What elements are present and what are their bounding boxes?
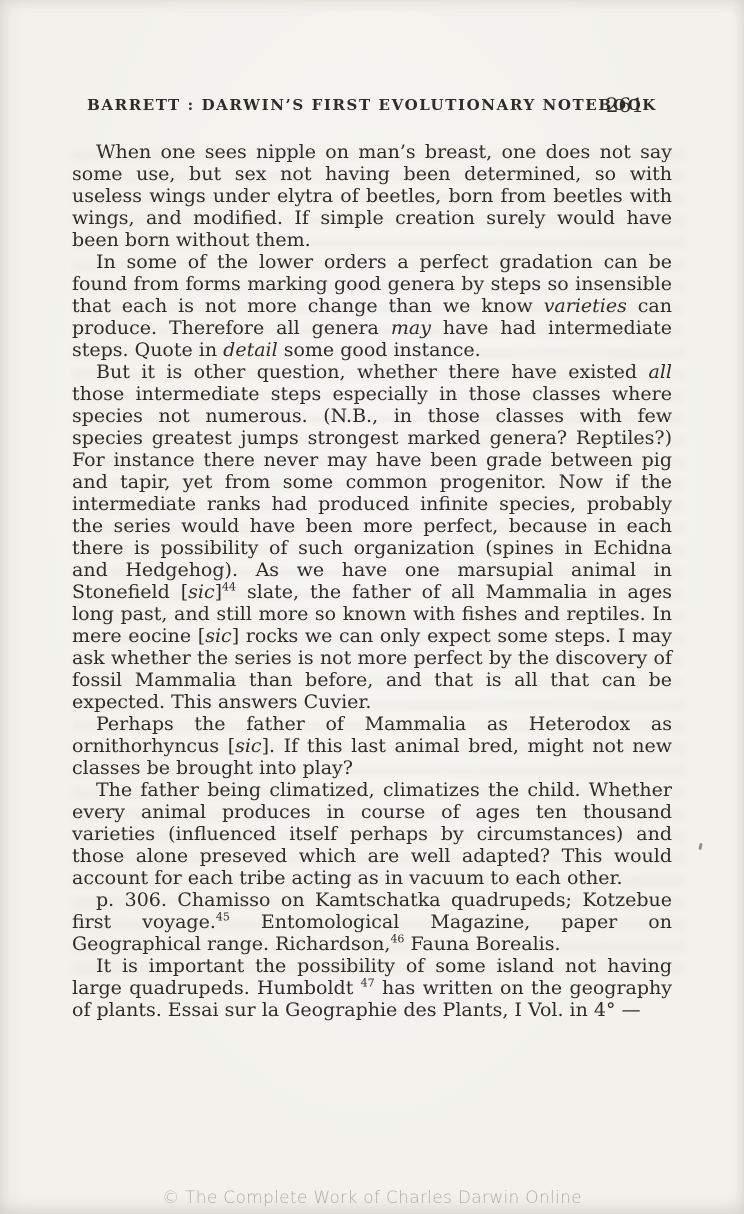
paragraph: Perhaps the father of Mammalia as Hetero…: [72, 713, 672, 779]
scanned-book-page: BARRETT : DARWIN’S FIRST EVOLUTIONARY NO…: [0, 0, 744, 1214]
text-block: When one sees nipple on man’s breast, on…: [72, 141, 672, 1021]
watermark: © The Complete Work of Charles Darwin On…: [0, 1188, 744, 1208]
paragraph: When one sees nipple on man’s breast, on…: [72, 141, 672, 251]
scan-artifact-speck: [698, 843, 702, 850]
paragraph: The father being climatized, climatizes …: [72, 779, 672, 889]
paragraph: It is important the possibility of some …: [72, 955, 672, 1021]
paragraph: But it is other question, whether there …: [72, 361, 672, 713]
paragraph: p. 306. Chamisso on Kamtschatka quadrupe…: [72, 889, 672, 955]
page-number: 261: [606, 93, 644, 117]
running-head: BARRETT : DARWIN’S FIRST EVOLUTIONARY NO…: [0, 96, 744, 116]
paragraph: In some of the lower orders a perfect gr…: [72, 251, 672, 361]
